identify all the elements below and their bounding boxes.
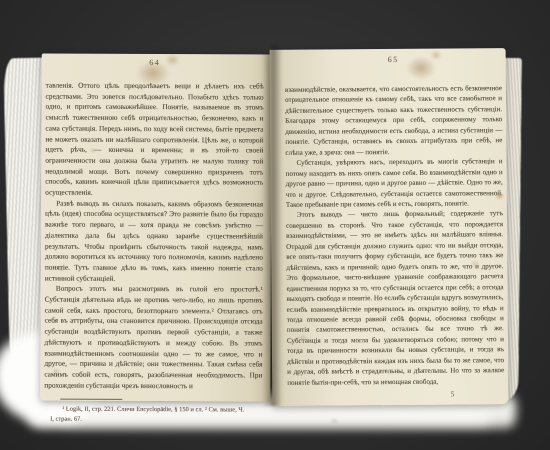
body-paragraph: Этотъ выводъ — чисто лишь формальный; со…: [286, 209, 504, 388]
left-page: 64 тавленія. Оттого цѣль преодолѣваетъ в…: [40, 53, 272, 401]
right-page-number: 65: [285, 54, 502, 66]
left-page-text-block: тавленія. Оттого цѣль преодолѣваетъ вещи…: [44, 81, 263, 392]
footnote-rule: [60, 399, 122, 400]
footnote-text: ¹ Logik, II, стр. 221. Сличи Encyclopädi…: [50, 405, 244, 425]
right-page-text-block: взаимнодѣйствіе, оказывается, что самост…: [285, 83, 504, 388]
left-page-number: 64: [46, 58, 264, 69]
photo-backdrop: 64 тавленія. Оттого цѣль преодолѣваетъ в…: [0, 0, 550, 450]
body-paragraph: Развѣ выводъ въ силахъ показать, какимъ …: [45, 198, 263, 285]
body-paragraph: взаимнодѣйствіе, оказывается, что самост…: [285, 83, 503, 158]
body-paragraph: Субстанція, увѣряютъ насъ, переходитъ въ…: [285, 156, 502, 210]
body-paragraph: Вопросъ этотъ мы разсмотримъ въ голой ег…: [44, 284, 262, 392]
body-paragraph: тавленія. Оттого цѣль преодолѣваетъ вещи…: [45, 81, 264, 200]
signature-mark: 5: [287, 389, 504, 400]
right-page: 65 взаимнодѣйствіе, оказывается, что сам…: [270, 48, 509, 406]
